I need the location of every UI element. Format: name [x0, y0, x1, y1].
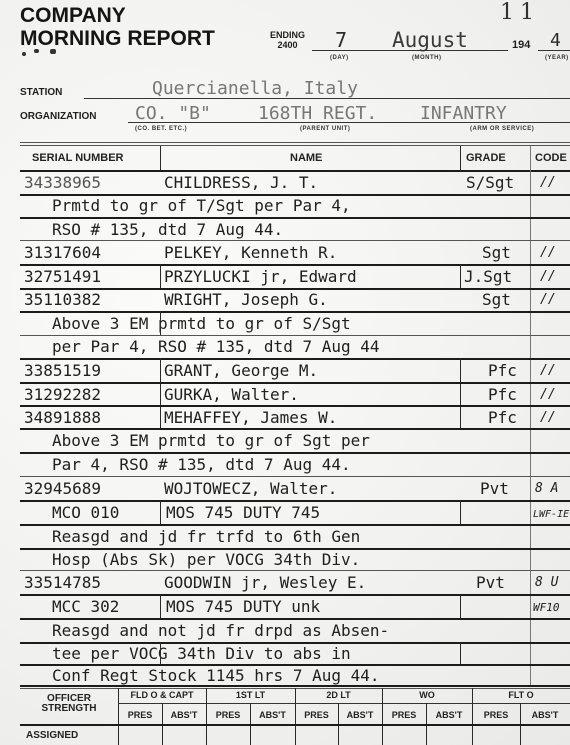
- code: 8 U: [535, 573, 558, 593]
- col-header-name: NAME: [290, 152, 322, 164]
- report-month: August: [392, 28, 468, 52]
- grade: Sgt: [482, 290, 511, 310]
- soldier-name: CHILDRESS, J. T.: [164, 173, 318, 193]
- mco-number: MCO 010: [52, 503, 119, 523]
- ink-dot: [34, 49, 39, 53]
- serial-number: 34338965: [24, 173, 101, 193]
- os-group-wo: WO: [382, 690, 472, 700]
- remark-line: Conf Regt Stock 1145 hrs 7 Aug 44.: [52, 666, 380, 686]
- os-abst: ABS'T: [426, 710, 472, 720]
- org-caption-parent: (PARENT UNIT): [300, 126, 350, 132]
- organization-co: CO. "B": [135, 103, 211, 124]
- year-prefix: 194: [512, 40, 530, 50]
- soldier-name: GOODWIN jr, Wesley E.: [164, 573, 366, 593]
- report-title: COMPANY MORNING REPORT: [20, 4, 215, 50]
- year-caption: (YEAR): [545, 55, 569, 61]
- soldier-name: MEHAFFEY, James W.: [164, 408, 337, 428]
- os-group-2d-lt: 2D LT: [295, 690, 382, 700]
- soldier-name: PRZYLUCKI jr, Edward: [164, 267, 357, 287]
- remark-line: tee per VOCG 34th Div to abs in: [52, 644, 351, 664]
- soldier-name: GURKA, Walter.: [164, 385, 299, 405]
- remark-line: per Par 4, RSO # 135, dtd 7 Aug 44: [52, 337, 380, 357]
- title-line-2: MORNING REPORT: [20, 27, 215, 50]
- os-group-fld-o-capt: FLD O & CAPT: [118, 690, 206, 700]
- soldier-name: WOJTOWECZ, Walter.: [164, 479, 337, 499]
- day-caption: (DAY): [330, 55, 349, 61]
- mos-duty: MOS 745 DUTY 745: [166, 503, 320, 523]
- station-label: STATION: [20, 88, 62, 98]
- serial-number: 31317604: [24, 243, 101, 263]
- grade: Pfc: [488, 408, 517, 428]
- serial-number: 32945689: [24, 479, 101, 499]
- os-abst: ABS'T: [520, 710, 570, 720]
- mos-duty: MOS 745 DUTY unk: [166, 597, 320, 617]
- remark-line: RSO # 135, dtd 7 Aug 44.: [52, 220, 283, 240]
- remark-line: Reasgd and jd fr trfd to 6th Gen: [52, 527, 360, 547]
- soldier-name: WRIGHT, Joseph G.: [164, 290, 328, 310]
- os-group-flt-o: FLT O: [472, 690, 570, 700]
- month-caption: (MONTH): [412, 55, 442, 61]
- col-divider: [530, 146, 531, 686]
- title-line-1: COMPANY: [20, 4, 215, 27]
- remark-line: Par 4, RSO # 135, dtd 7 Aug 44.: [52, 455, 351, 475]
- serial-number: 33851519: [24, 361, 101, 381]
- grade: Pvt: [476, 573, 505, 593]
- remark-line: Above 3 EM prmtd to gr of S/Sgt: [52, 314, 351, 334]
- os-pres: PRES: [118, 710, 162, 720]
- os-pres: PRES: [295, 710, 338, 720]
- col-divider: [460, 146, 461, 170]
- code: //: [540, 173, 556, 193]
- organization-unit: 168TH REGT.: [258, 103, 377, 124]
- os-grid: FLD O & CAPT 1ST LT 2D LT WO FLT O PRES …: [118, 688, 570, 745]
- org-caption-co: (CO. BET. ETC.): [135, 126, 187, 132]
- organization-label: ORGANIZATION: [20, 112, 96, 122]
- os-group-1st-lt: 1ST LT: [206, 690, 295, 700]
- ink-dot: [50, 49, 56, 54]
- grade: Pfc: [488, 361, 517, 381]
- year-digit: 4: [550, 30, 561, 51]
- os-label-2: STRENGTH: [20, 704, 118, 714]
- code: //: [540, 408, 556, 428]
- serial-number: 35110382: [24, 290, 101, 310]
- os-pres: PRES: [472, 710, 520, 720]
- grade: J.Sgt: [464, 267, 512, 287]
- code: //: [540, 267, 556, 287]
- remark-line: Prmtd to gr of T/Sgt per Par 4,: [52, 196, 351, 216]
- os-abst: ABS'T: [338, 710, 382, 720]
- code: WF10: [533, 598, 560, 618]
- report-day: 7: [335, 28, 347, 52]
- code: //: [540, 385, 556, 405]
- grade: Sgt: [482, 243, 511, 263]
- ink-dot: [22, 52, 26, 56]
- col-header-serial: SERIAL NUMBER: [32, 152, 123, 164]
- code: //: [540, 290, 556, 310]
- ending-label-2: 2400: [270, 40, 305, 50]
- os-pres: PRES: [382, 710, 426, 720]
- org-caption-arm: (ARM OR SERVICE): [470, 126, 534, 132]
- remark-line: Reasgd and not jd fr drpd as Absen-: [52, 621, 389, 641]
- os-abst: ABS'T: [250, 710, 295, 720]
- ending-label: ENDING 2400: [270, 30, 305, 50]
- serial-number: 32751491: [24, 267, 101, 287]
- os-pres: PRES: [206, 710, 250, 720]
- col-header-code: CODE: [535, 152, 567, 164]
- grade: Pvt: [480, 479, 509, 499]
- soldier-name: GRANT, George M.: [164, 361, 318, 381]
- serial-number: 31292282: [24, 385, 101, 405]
- soldier-name: PELKEY, Kenneth R.: [164, 243, 337, 263]
- code: //: [540, 361, 556, 381]
- morning-report-page: COMPANY MORNING REPORT ENDING 2400 7 (DA…: [0, 0, 570, 745]
- serial-number: 34891888: [24, 408, 101, 428]
- station-value: Quercianella, Italy: [152, 78, 358, 99]
- remark-line: Hosp (Abs Sk) per VOCG 34th Div.: [52, 550, 360, 570]
- code: LWF-IE: [533, 505, 569, 525]
- os-abst: ABS'T: [162, 710, 206, 720]
- organization-arm: INFANTRY: [420, 103, 507, 124]
- col-divider: [160, 146, 161, 170]
- os-row-assigned: ASSIGNED: [26, 730, 78, 741]
- officer-strength-label: OFFICER STRENGTH: [20, 694, 118, 714]
- mcc-number: MCC 302: [52, 597, 119, 617]
- grade: Pfc: [488, 385, 517, 405]
- ending-label-1: ENDING: [270, 30, 305, 40]
- code: //: [540, 243, 556, 263]
- grade: S/Sgt: [466, 173, 514, 193]
- col-header-grade: GRADE: [466, 152, 506, 164]
- page-number-mark: 11: [500, 0, 540, 25]
- code: 8 A: [535, 479, 558, 499]
- serial-number: 33514785: [24, 573, 101, 593]
- remark-line: Above 3 EM prmtd to gr of Sgt per: [52, 431, 370, 451]
